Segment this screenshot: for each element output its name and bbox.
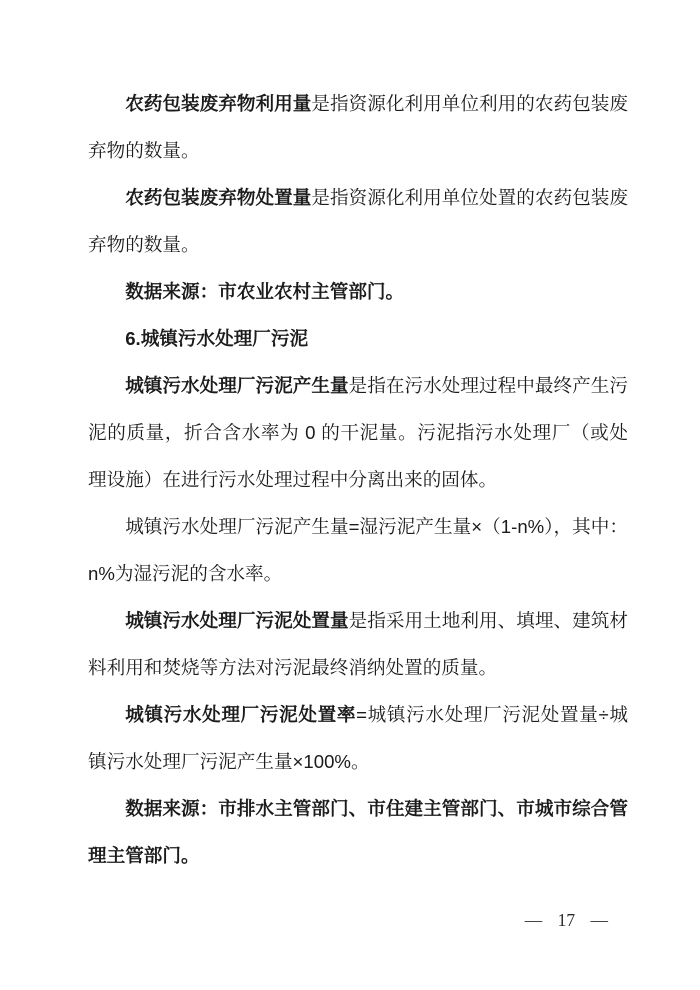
para-data-source-drainage: 数据来源：市排水主管部门、市住建主管部门、市城市综合管理主管部门。 — [88, 785, 628, 879]
data-source-text: 数据来源：市排水主管部门、市住建主管部门、市城市综合管理主管部门。 — [88, 798, 628, 866]
para-sludge-disposal-definition: 城镇污水处理厂污泥处置量是指采用土地利用、填埋、建筑材料利用和焚烧等方法对污泥最… — [88, 597, 628, 691]
para-data-source-agriculture: 数据来源：市农业农村主管部门。 — [88, 268, 628, 315]
term-bold-lead: 城镇污水处理厂污泥产生量 — [125, 375, 348, 396]
page-number: — 17 — — [525, 910, 608, 931]
section-heading-text: 6.城镇污水处理厂污泥 — [125, 328, 308, 349]
document-page: 农药包装废弃物利用量是指资源化利用单位利用的农药包装废弃物的数量。 农药包装废弃… — [0, 0, 700, 990]
formula-text: 城镇污水处理厂污泥产生量=湿污泥产生量×（1-n%），其中：n%为湿污泥的含水率… — [88, 516, 628, 584]
para-sludge-disposal-rate-formula: 城镇污水处理厂污泥处置率=城镇污水处理厂污泥处置量÷城镇污水处理厂污泥产生量×1… — [88, 691, 628, 785]
text-content-area: 农药包装废弃物利用量是指资源化利用单位利用的农药包装废弃物的数量。 农药包装废弃… — [88, 80, 628, 879]
term-bold-lead: 农药包装废弃物利用量 — [125, 93, 311, 114]
term-bold-lead: 城镇污水处理厂污泥处置率 — [125, 704, 356, 725]
heading-section-6-sludge: 6.城镇污水处理厂污泥 — [88, 315, 628, 362]
data-source-text: 数据来源：市农业农村主管部门。 — [125, 281, 404, 302]
para-sludge-generation-formula: 城镇污水处理厂污泥产生量=湿污泥产生量×（1-n%），其中：n%为湿污泥的含水率… — [88, 503, 628, 597]
para-pesticide-packaging-disposal: 农药包装废弃物处置量是指资源化利用单位处置的农药包装废弃物的数量。 — [88, 174, 628, 268]
term-bold-lead: 城镇污水处理厂污泥处置量 — [125, 610, 348, 631]
term-bold-lead: 农药包装废弃物处置量 — [125, 187, 311, 208]
para-sludge-generation-definition: 城镇污水处理厂污泥产生量是指在污水处理过程中最终产生污泥的质量，折合含水率为 0… — [88, 362, 628, 503]
para-pesticide-packaging-utilization: 农药包装废弃物利用量是指资源化利用单位利用的农药包装废弃物的数量。 — [88, 80, 628, 174]
